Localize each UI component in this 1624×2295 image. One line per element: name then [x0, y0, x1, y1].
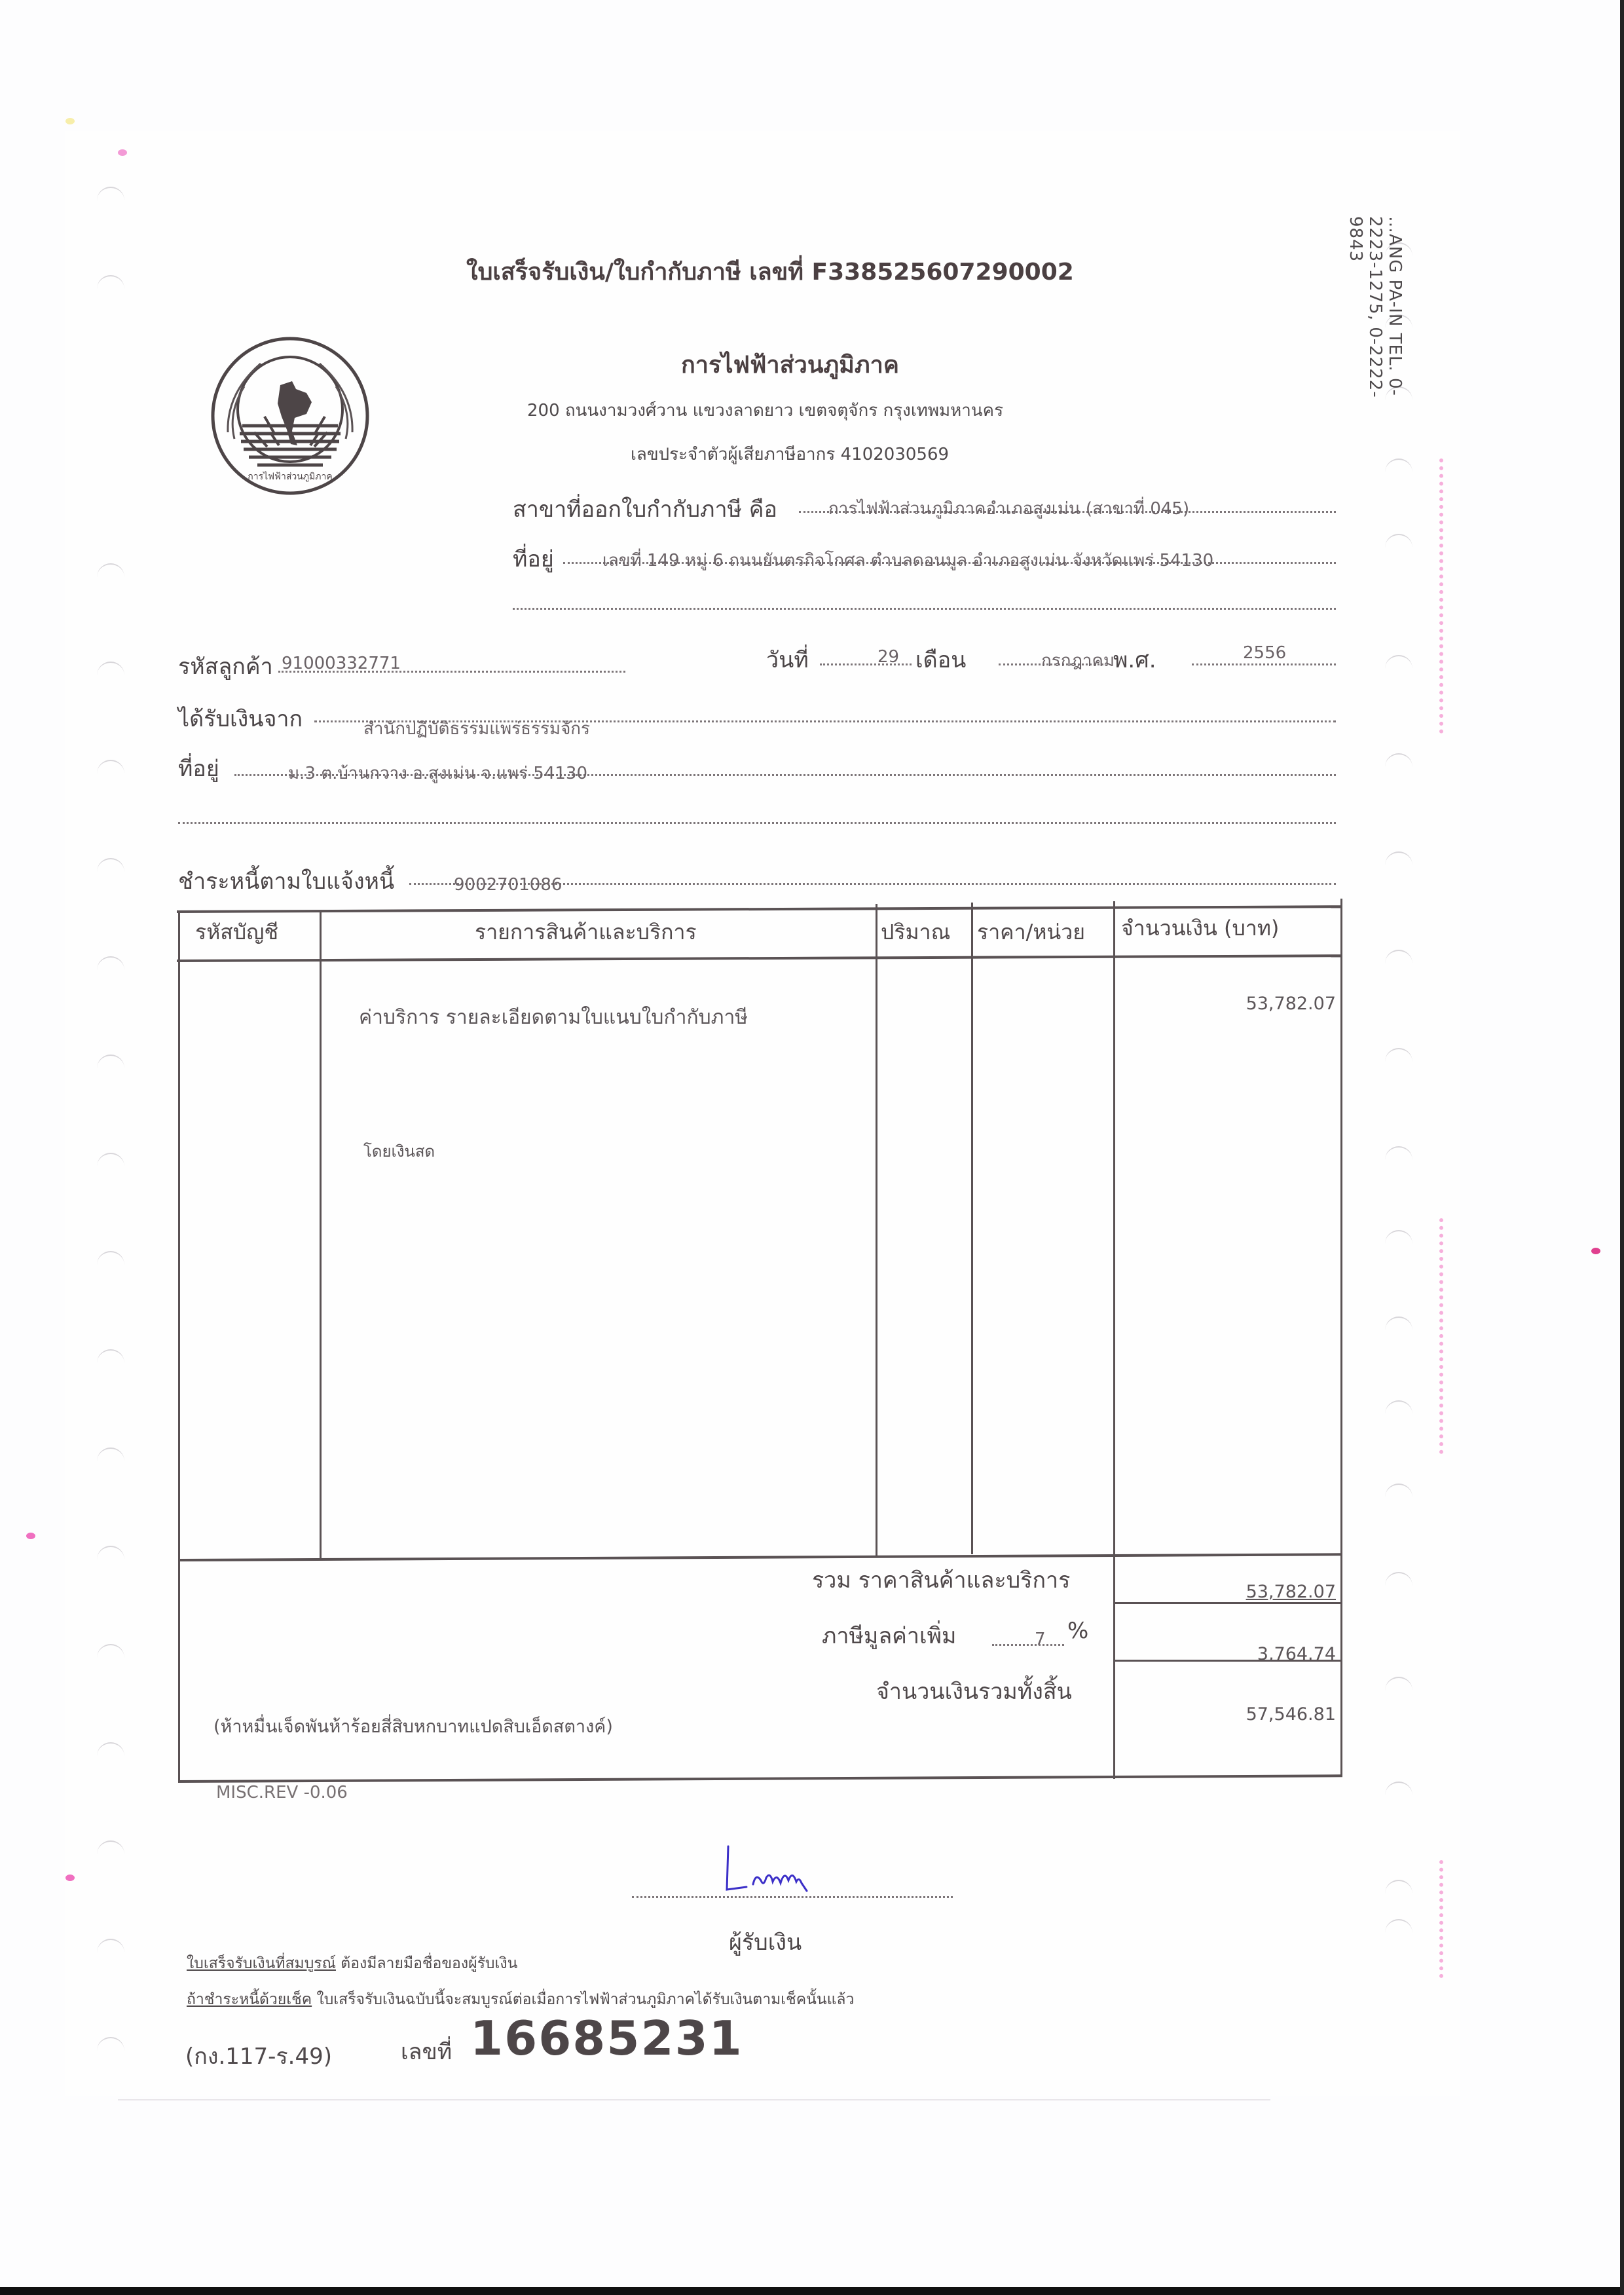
note-lead: ถ้าชำระหนี้ด้วยเช็ค [187, 1991, 312, 2008]
signature-label: ผู้รับเงิน [729, 1924, 802, 1960]
total-value: 57,546.81 [1153, 1704, 1336, 1725]
handwritten-signature-icon [720, 1844, 851, 1896]
branch-label: สาขาที่ออกใบกำกับภาษี คือ [513, 491, 777, 527]
year-label: พ.ศ. [1113, 642, 1156, 677]
yellow-speck [65, 118, 75, 124]
vat-label: ภาษีมูลค่าเพิ่ม [822, 1618, 956, 1653]
subtotal-value: 53,782.07 [1153, 1582, 1336, 1602]
month-label: เดือน [915, 642, 966, 677]
document-title: ใบเสร็จรับเงิน/ใบกำกับภาษี เลขที่ F33852… [466, 253, 1074, 290]
scan-border-right [1620, 0, 1624, 2295]
year-dotted-line [1192, 663, 1336, 665]
serial-number: 16685231 [470, 2011, 743, 2066]
signature [720, 1844, 851, 1899]
misc-code: MISC.REV -0.06 [216, 1783, 348, 1802]
column-header-account: รหัสบัญชี [195, 916, 278, 949]
vat-value: 3,764.74 [1153, 1644, 1336, 1664]
received-from-label: ได้รับเงินจาก [178, 701, 303, 736]
invoice-ref-value: 9002701086 [454, 875, 562, 895]
column-header-unit-price: ราคา/หน่วย [977, 916, 1085, 949]
branch-address-label: ที่อยู่ [513, 541, 554, 576]
issuer-name: การไฟฟ้าส่วนภูมิภาค [681, 346, 899, 383]
serial-label: เลขที่ [401, 2034, 452, 2069]
year-value: 2556 [1243, 643, 1286, 663]
svg-text:การไฟฟ้าส่วนภูมิภาค: การไฟฟ้าส่วนภูมิภาค [248, 471, 332, 482]
note-text: ต้องมีลายมือชื่อของผู้รับเงิน [341, 1955, 517, 1972]
note-lead: ใบเสร็จรับเงินที่สมบูรณ์ [187, 1955, 336, 1972]
invoice-ref-label: ชำระหนี้ตามใบแจ้งหนี้ [178, 863, 394, 899]
column-header-quantity: ปริมาณ [881, 916, 950, 949]
vat-percent-sign: % [1067, 1618, 1088, 1644]
customer-address-value: ม.3 ต.บ้านกวาง อ.สูงเม่น จ.แพร่ 54130 [288, 760, 587, 787]
branch-address-value: เลขที่ 149 หมู่ 6 ถนนยันตรกิจโกศล ตำบลดอ… [602, 547, 1339, 574]
vat-rate: 7 [1035, 1630, 1046, 1649]
printer-margin-text: …ANG PA-IN TEL. 0-2223-1275, 0-2222-9843 [1346, 216, 1405, 436]
signature-dotted-line [632, 1896, 953, 1898]
note-cheque-payment: ถ้าชำระหนี้ด้วยเช็ค ใบเสร็จรับเงินฉบับนี… [187, 1988, 854, 2011]
date-label: วันที่ [766, 642, 809, 677]
note-text: ใบเสร็จรับเงินฉบับนี้จะสมบูรณ์ต่อเมื่อกา… [316, 1991, 854, 2008]
payment-method: โดยเงินสด [363, 1138, 435, 1164]
pink-speck [26, 1533, 35, 1539]
column-header-description: รายการสินค้าและบริการ [475, 916, 697, 949]
pink-speck [118, 149, 127, 156]
day-value: 29 [877, 647, 899, 667]
pink-speck [65, 1875, 75, 1881]
vat-rate-dotted-line [992, 1644, 1064, 1646]
branch-value: การไฟฟ้าส่วนภูมิภาคอำเภอสูงเม่น (สาขาที่… [828, 495, 1189, 522]
scan-border-bottom [0, 2287, 1624, 2295]
paper-bottom-edge [118, 2099, 1270, 2100]
pea-emblem-icon: การไฟฟ้าส่วนภูมิภาค [208, 334, 372, 498]
row-amount: 53,782.07 [1153, 994, 1336, 1014]
pea-logo: การไฟฟ้าส่วนภูมิภาค [208, 334, 372, 498]
total-in-words: (ห้าหมื่นเจ็ดพันห้าร้อยสี่สิบหกบาทแปดสิบ… [213, 1712, 613, 1740]
pink-ink-marks [1439, 458, 1447, 734]
blank-dotted-line [178, 822, 1336, 824]
customer-address-label: ที่อยู่ [178, 751, 219, 786]
month-value: กรกฎาคม [1041, 647, 1115, 674]
customer-code-label: รหัสลูกค้า [178, 648, 273, 684]
received-from-value: สำนักปฏิบัติธรรมแพร่ธรรมจักร [363, 715, 590, 742]
issuer-address: 200 ถนนงามวงศ์วาน แขวงลาดยาว เขตจตุจักร … [527, 397, 1003, 424]
issuer-tax-id: เลขประจำตัวผู้เสียภาษีอากร 4102030569 [631, 441, 949, 468]
column-header-amount: จำนวนเงิน (บาท) [1121, 912, 1279, 945]
pink-speck [1591, 1248, 1600, 1254]
row-description: ค่าบริการ รายละเอียดตามใบแนบใบกำกับภาษี [359, 1002, 748, 1033]
subtotal-label: รวม ราคาสินค้าและบริการ [812, 1562, 1070, 1597]
pink-ink-marks [1439, 1218, 1447, 1454]
total-label: จำนวนเงินรวมทั้งสิ้น [876, 1673, 1072, 1709]
form-code: (กง.117-ร.49) [185, 2038, 332, 2074]
customer-code-value: 91000332771 [282, 654, 401, 673]
pink-ink-marks [1439, 1860, 1447, 1978]
note-complete-receipt: ใบเสร็จรับเงินที่สมบูรณ์ ต้องมีลายมือชื่… [187, 1952, 517, 1975]
blank-dotted-line [513, 608, 1336, 610]
